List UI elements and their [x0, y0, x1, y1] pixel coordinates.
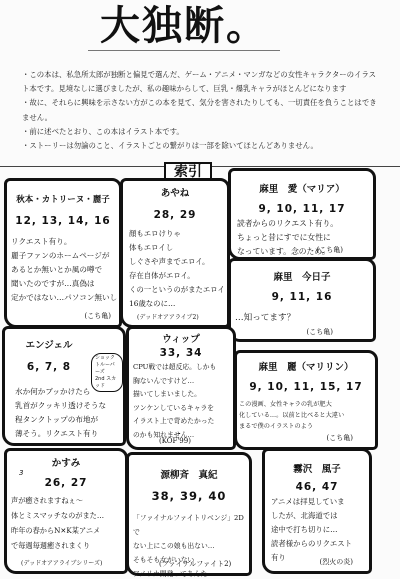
page-numbers: 28, 29: [123, 209, 227, 221]
index-entry-kyoko: 麻里 今日子 9, 11, 16 …知ってます？ (こち亀): [228, 258, 376, 342]
comment: …知ってます？: [235, 311, 295, 326]
intro-line: ・故に、それらに興味を示さない方がこの本を見て、気分を害されたりしても、一切責任…: [22, 96, 382, 124]
index-entry-angel: エンジェル 6, 7, 8 ショック トルーパーズ 2nd スカッド 水か何かブ…: [2, 326, 126, 446]
source-title: (こち亀): [307, 327, 333, 337]
page-numbers: 6, 7, 8: [5, 361, 93, 373]
source-title: (こち亀): [327, 433, 353, 443]
intro-line: ・この本は、私急所太郎が独断と偏見で選んだ、ゲーム・アニメ・マンガなどの女性キャ…: [22, 68, 382, 96]
page-numbers: 46, 47: [265, 481, 369, 493]
character-name: 麻里 愛（マリア）: [231, 181, 373, 195]
index-entry-ayane: あやね 28, 29 顔もエロけりゃ 体もエロイし しぐさや声までエロイ。 存在…: [120, 178, 230, 328]
index-entry-marilyn: 麻里 麗（マリリン） 9, 10, 11, 15, 17 この漫画、女性キャラの…: [234, 350, 378, 450]
source-title: (こち亀): [85, 311, 111, 321]
page-title: 大独断。: [88, 2, 280, 51]
comment: 声が癒されますねぇ〜 体とミスマッチなのがまた… 昨年の春からN✕K某アニメ で…: [11, 493, 104, 553]
index-entry-maria: 麻里 愛（マリア） 9, 10, 11, 17 読者からのリクエスト有り。 ちょ…: [228, 168, 376, 260]
character-name: あやね: [123, 185, 227, 199]
character-name: 麻里 今日子: [231, 269, 373, 283]
page-numbers: 9, 10, 11, 15, 17: [237, 381, 375, 393]
character-name: かすみ: [7, 455, 125, 469]
character-name: 麻里 麗（マリリン）: [237, 359, 375, 373]
page-numbers: 12, 13, 14, 16: [7, 215, 119, 227]
source-title: (デッドオアアライブ2): [137, 312, 199, 321]
page-numbers: 26, 27: [7, 477, 125, 489]
index-entry-maki: 源柳斉 真紀 38, 39, 40 「ファイナルファイトリベンジ」2Dで ない上…: [126, 452, 252, 576]
character-name: 秋本・カトリーヌ・麗子: [7, 193, 119, 205]
source-title: (烈火の炎): [320, 557, 353, 567]
page-numbers: 38, 39, 40: [129, 489, 249, 503]
index-entry-whip: ウィップ 33, 34 CPU戦では超反応。しかも 胸ないんですけど… 描いてし…: [126, 326, 236, 450]
page-numbers: 33, 34: [129, 347, 233, 359]
comment: CPU戦では超反応。しかも 胸ないんですけど… 描いてしまいました。 ツンケンし…: [133, 361, 216, 442]
intro-notes: ・この本は、私急所太郎が独断と偏見で選んだ、ゲーム・アニメ・マンガなどの女性キャ…: [22, 68, 382, 153]
character-name: 霧沢 風子: [265, 461, 369, 475]
source-title: (デッドオアアライブシリーズ): [21, 558, 102, 567]
intro-line: ・前に述べたとおり、この本はイラスト本です。: [22, 125, 382, 139]
character-name: エンジェル: [5, 337, 93, 351]
index-entry-kasumi: 3 かすみ 26, 27 声が癒されますねぇ〜 体とミスマッチなのがまた… 昨年…: [4, 448, 128, 574]
character-name: ウィップ: [129, 331, 233, 345]
character-name: 源柳斉 真紀: [129, 467, 249, 481]
index-entry-fuko: 霧沢 風子 46, 47 アニメは拝見していま したが、北海道では 途中で打ち切…: [262, 448, 372, 574]
comment: この漫画、女性キャラの乳が肥大 化している…。以前と比べると大違い まるで僕のイ…: [239, 399, 344, 432]
comment: リクエスト有り。 麗子ファンのホームページが あるとか無いとか風の噂で 聞いたの…: [11, 235, 117, 305]
source-title: (こち亀): [317, 245, 343, 255]
comment: 水か何かブッかけたら 乳首がクッキリ透けそうな 程タンクトップの布地が 薄そう。…: [15, 385, 106, 441]
index-entry-reiko: 秋本・カトリーヌ・麗子 12, 13, 14, 16 リクエスト有り。 麗子ファ…: [4, 178, 122, 328]
source-title: (ファイナルファイト2): [159, 559, 231, 569]
page-numbers: 9, 11, 16: [231, 291, 373, 303]
page-numbers: 9, 10, 11, 17: [231, 203, 373, 215]
source-title: (KOF'99): [159, 437, 191, 445]
comment: 顔もエロけりゃ 体もエロイし しぐさや声までエロイ。 存在自体がエロイ。 くの一…: [129, 227, 225, 311]
page-marker: 3: [19, 469, 23, 477]
intro-line: ・ストーリーは勿論のこと、イラストごとの繋がりは一部を除いてほとんどありません。: [22, 139, 382, 153]
comment: アニメは拝見していま したが、北海道では 途中で打ち切りに… 読者様からのリクエ…: [271, 495, 352, 565]
